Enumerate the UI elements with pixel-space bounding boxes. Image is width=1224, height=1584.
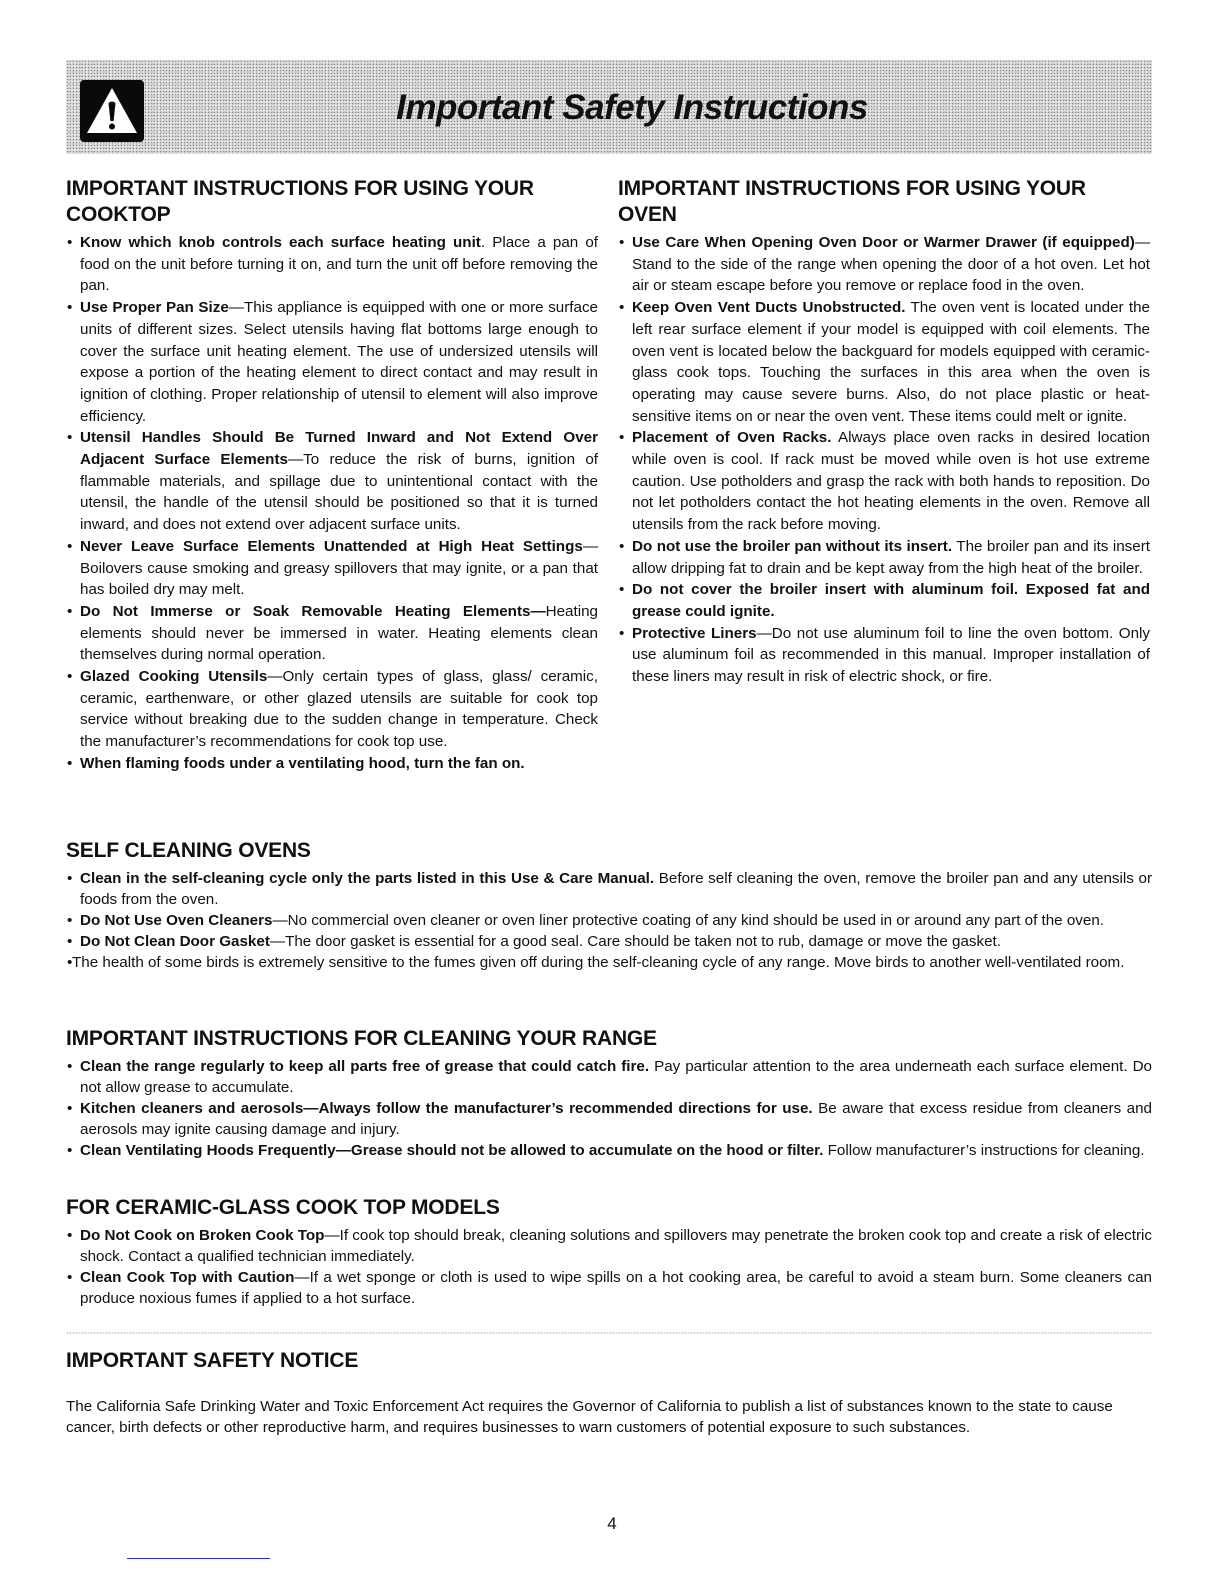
oven-heading: IMPORTANT INSTRUCTIONS FOR USING YOUR OV…	[618, 176, 1150, 228]
oven-list: Use Care When Opening Oven Door or Warme…	[618, 232, 1150, 688]
list-item: Do not cover the broiler insert with alu…	[618, 579, 1150, 622]
cleaning-range-heading: IMPORTANT INSTRUCTIONS FOR CLEANING YOUR…	[66, 1026, 1152, 1052]
list-item: Know which knob controls each surface he…	[66, 232, 598, 297]
list-item: Clean Cook Top with Caution—If a wet spo…	[66, 1267, 1152, 1309]
ceramic-glass-heading: FOR CERAMIC-GLASS COOK TOP MODELS	[66, 1195, 1152, 1221]
list-item: Use Care When Opening Oven Door or Warme…	[618, 232, 1150, 297]
cleaning-range-list: Clean the range regularly to keep all pa…	[66, 1056, 1152, 1161]
ceramic-glass-section: FOR CERAMIC-GLASS COOK TOP MODELS Do Not…	[66, 1195, 1152, 1309]
safety-notice-heading: IMPORTANT SAFETY NOTICE	[66, 1348, 1152, 1374]
list-item: Clean the range regularly to keep all pa…	[66, 1056, 1152, 1098]
list-item: When flaming foods under a ventilating h…	[66, 753, 598, 775]
list-item: Keep Oven Vent Ducts Unobstructed. The o…	[618, 297, 1150, 427]
list-item: Clean Ventilating Hoods Frequently—Greas…	[66, 1140, 1152, 1161]
self-cleaning-heading: SELF CLEANING OVENS	[66, 838, 1152, 864]
safety-notice-text: The California Safe Drinking Water and T…	[66, 1396, 1152, 1438]
list-item: Do Not Use Oven Cleaners—No commercial o…	[66, 910, 1152, 931]
cleaning-range-section: IMPORTANT INSTRUCTIONS FOR CLEANING YOUR…	[66, 1026, 1152, 1161]
cooktop-section: IMPORTANT INSTRUCTIONS FOR USING YOUR CO…	[66, 176, 598, 775]
self-cleaning-section: SELF CLEANING OVENS Clean in the self-cl…	[66, 838, 1152, 973]
list-item: Do Not Clean Door Gasket—The door gasket…	[66, 931, 1152, 952]
page-title: Important Safety Instructions	[0, 88, 1224, 128]
section-divider	[66, 1332, 1152, 1334]
list-item: Protective Liners—Do not use aluminum fo…	[618, 623, 1150, 688]
list-item: Do Not Cook on Broken Cook Top—If cook t…	[66, 1225, 1152, 1267]
cooktop-heading: IMPORTANT INSTRUCTIONS FOR USING YOUR CO…	[66, 176, 598, 228]
list-item: Utensil Handles Should Be Turned Inward …	[66, 427, 598, 536]
list-item: Glazed Cooking Utensils—Only certain typ…	[66, 666, 598, 753]
footer-rule	[127, 1558, 270, 1559]
list-item: Do Not Immerse or Soak Removable Heating…	[66, 601, 598, 666]
list-item: Do not use the broiler pan without its i…	[618, 536, 1150, 579]
cooktop-list: Know which knob controls each surface he…	[66, 232, 598, 775]
ceramic-glass-list: Do Not Cook on Broken Cook Top—If cook t…	[66, 1225, 1152, 1309]
list-item: Kitchen cleaners and aerosols—Always fol…	[66, 1098, 1152, 1140]
list-item: Use Proper Pan Size—This appliance is eq…	[66, 297, 598, 427]
list-item: Clean in the self-cleaning cycle only th…	[66, 868, 1152, 910]
oven-section: IMPORTANT INSTRUCTIONS FOR USING YOUR OV…	[618, 176, 1150, 688]
list-item: Never Leave Surface Elements Unattended …	[66, 536, 598, 601]
list-item: Placement of Oven Racks. Always place ov…	[618, 427, 1150, 536]
safety-notice-section: IMPORTANT SAFETY NOTICE The California S…	[66, 1348, 1152, 1438]
page-number: 4	[0, 1514, 1224, 1534]
self-cleaning-list: Clean in the self-cleaning cycle only th…	[66, 868, 1152, 973]
list-item: The health of some birds is extremely se…	[66, 952, 1152, 973]
